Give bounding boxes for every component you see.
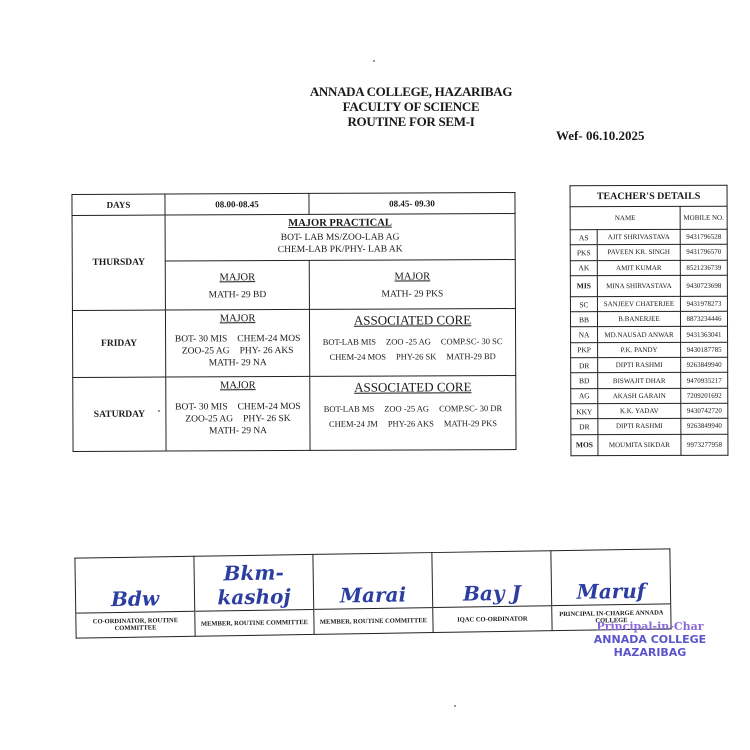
slot-title: MAJOR bbox=[166, 380, 309, 392]
teacher-code: MIS bbox=[570, 276, 597, 297]
thursday-slot-1: MAJOR MATH- 29 BD bbox=[165, 260, 309, 310]
principal-stamp: Principal-in-Char ANNADA COLLEGE HAZARIB… bbox=[590, 620, 710, 659]
teacher-name: AKASH GARAIN bbox=[598, 388, 681, 404]
thursday-row: THURSDAY MAJOR PRACTICAL BOT- LAB MS/ZOO… bbox=[72, 214, 515, 262]
faculty-name: FACULTY OF SCIENCE bbox=[0, 99, 750, 114]
class-entry: BOT- 30 MIS bbox=[175, 402, 227, 412]
friday-row: FRIDAY MAJOR BOT- 30 MISCHEM-24 MOS ZOO-… bbox=[72, 309, 515, 378]
slot-title: ASSOCIATED CORE bbox=[310, 379, 515, 396]
effective-date: Wef- 06.10.2025 bbox=[556, 128, 644, 144]
stamp-line: ANNADA COLLEGE bbox=[590, 633, 710, 646]
teacher-name: B.BANERJEE bbox=[597, 312, 680, 328]
col-slot-1: 08.00-08.45 bbox=[165, 193, 309, 215]
day-friday: FRIDAY bbox=[72, 310, 165, 377]
friday-slot-2: ASSOCIATED CORE BOT-LAB MISZOO -25 AGCOM… bbox=[310, 309, 516, 377]
teacher-code: DR bbox=[571, 419, 598, 434]
teacher-row: SCSANJEEV CHATERJEE9431978273 bbox=[570, 296, 727, 312]
teacher-row: BBB.BANERJEE8873234446 bbox=[570, 311, 727, 327]
friday-slot-1: MAJOR BOT- 30 MISCHEM-24 MOS ZOO-25 AGPH… bbox=[165, 309, 309, 377]
class-entry: MATH- 29 NA bbox=[209, 358, 267, 368]
teacher-name: AJIT SHRIVASTAVA bbox=[597, 229, 680, 245]
teacher-code: BB bbox=[570, 312, 597, 327]
slot-title: MAJOR bbox=[310, 271, 515, 283]
teacher-name: DIPTI RASHMI bbox=[598, 419, 681, 435]
teacher-code: AS bbox=[570, 230, 597, 245]
signature-row: Bdw Bkm-kashoj Marai Bay J Maruf bbox=[75, 549, 671, 613]
signature-member-2: Marai bbox=[313, 553, 433, 610]
teacher-row: AGAKASH GARAIN7209201692 bbox=[571, 388, 728, 404]
teacher-code: BD bbox=[571, 373, 598, 388]
routine-table: DAYS 08.00-08.45 08.45- 09.30 THURSDAY M… bbox=[71, 192, 516, 452]
teacher-mobile: 8873234446 bbox=[680, 311, 727, 326]
major-practical-title: MAJOR PRACTICAL bbox=[166, 217, 515, 230]
class-entry: ZOO -25 AG bbox=[386, 336, 431, 346]
name-column-header: NAME bbox=[570, 206, 680, 229]
teacher-mobile: 9973277958 bbox=[681, 434, 728, 455]
teacher-name: K.K. YADAV bbox=[598, 403, 681, 419]
teacher-name: DIPTI RASHMI bbox=[598, 357, 681, 373]
class-entry: COMP.SC- 30 DR bbox=[439, 403, 502, 413]
teacher-row: PKSPAVEEN KR. SINGH9431796570 bbox=[570, 245, 727, 261]
class-entry: CHEM-24 JM bbox=[329, 419, 378, 429]
teacher-mobile: 9263849940 bbox=[681, 418, 728, 433]
class-entry: PHY-26 AKS bbox=[388, 418, 434, 428]
scan-speck bbox=[454, 705, 456, 707]
slot-line: MATH- 29 BD bbox=[166, 289, 309, 302]
teacher-row: KKYK.K. YADAV9430742720 bbox=[571, 403, 728, 419]
teacher-rows: ASAJIT SHRIVASTAVA9431796528PKSPAVEEN KR… bbox=[570, 229, 728, 455]
teacher-code: PKP bbox=[571, 342, 598, 357]
teacher-table-title: TEACHER'S DETAILS bbox=[570, 185, 727, 207]
class-entry: BOT- 30 MIS bbox=[175, 334, 227, 344]
class-entry: ZOO-25 AG bbox=[185, 414, 233, 424]
teacher-code: DR bbox=[571, 358, 598, 373]
teacher-mobile: 7209201692 bbox=[681, 388, 728, 403]
teacher-name: AMIT KUMAR bbox=[597, 260, 680, 276]
signature-coordinator: Bdw bbox=[75, 556, 195, 613]
teacher-mobile: 9431978273 bbox=[680, 296, 727, 311]
label-member-1: MEMBER, ROUTINE COMMITTEE bbox=[195, 609, 314, 636]
thursday-slot-2: MAJOR MATH- 29 PKS bbox=[309, 260, 515, 310]
day-saturday: SATURDAY bbox=[73, 377, 166, 451]
major-practical-cell: MAJOR PRACTICAL BOT- LAB MS/ZOO-LAB AG C… bbox=[165, 214, 515, 262]
teacher-row: DRDIPTI RASHMI9263849940 bbox=[571, 418, 728, 434]
signature-strip: Bdw Bkm-kashoj Marai Bay J Maruf CO-ORDI… bbox=[74, 548, 671, 638]
label-member-2: MEMBER, ROUTINE COMMITTEE bbox=[314, 608, 433, 635]
slot-title: MAJOR bbox=[166, 272, 309, 284]
teacher-mobile: 9431796570 bbox=[680, 245, 727, 260]
teacher-code: AG bbox=[571, 388, 598, 403]
teacher-name: PAVEEN KR. SINGH bbox=[597, 245, 680, 261]
col-slot-2: 08.45- 09.30 bbox=[309, 193, 515, 215]
class-entry: PHY- 26 AKS bbox=[240, 346, 294, 356]
class-entry: CHEM-24 MOS bbox=[330, 352, 386, 362]
document-header: ANNADA COLLEGE, HAZARIBAG FACULTY OF SCI… bbox=[0, 84, 750, 129]
signature-scribble: Bdw bbox=[111, 586, 159, 611]
teacher-code: KKY bbox=[571, 404, 598, 419]
class-entry: ZOO-25 AG bbox=[182, 346, 230, 356]
saturday-row: SATURDAY MAJOR BOT- 30 MISCHEM-24 MOS ZO… bbox=[73, 376, 516, 452]
teacher-name: MINA SHIRVASTAVA bbox=[597, 275, 680, 296]
teacher-mobile: 9470935217 bbox=[681, 373, 728, 388]
signature-scribble: Bkm-kashoj bbox=[217, 560, 291, 609]
teacher-name: MD.NAUSAD ANWAR bbox=[598, 327, 681, 343]
college-name: ANNADA COLLEGE, HAZARIBAG bbox=[0, 84, 750, 99]
teacher-mobile: 9263849940 bbox=[681, 357, 728, 372]
saturday-slot-2: ASSOCIATED CORE BOT-LAB MSZOO -25 AGCOMP… bbox=[310, 376, 516, 451]
class-entry: BOT-LAB MS bbox=[324, 404, 375, 414]
teacher-row: NAMD.NAUSAD ANWAR9431363041 bbox=[571, 327, 728, 343]
saturday-slot-1: MAJOR BOT- 30 MISCHEM-24 MOS ZOO-25 AGPH… bbox=[166, 376, 310, 451]
teacher-row: DRDIPTI RASHMI9263849940 bbox=[571, 357, 728, 373]
label-coordinator: CO-ORDINATOR, ROUTINE COMMITTEE bbox=[76, 611, 195, 638]
teacher-name: SANJEEV CHATERJEE bbox=[597, 296, 680, 312]
teacher-code: SC bbox=[570, 297, 597, 312]
scan-speck bbox=[373, 60, 375, 62]
class-entry: CHEM-24 MOS bbox=[237, 334, 300, 344]
teacher-row: MISMINA SHIRVASTAVA9430723698 bbox=[570, 275, 727, 297]
class-entry: MATH-29 PKS bbox=[444, 418, 497, 428]
teacher-row: BDBISWAJIT DHAR9470935217 bbox=[571, 373, 728, 389]
slot-title: ASSOCIATED CORE bbox=[310, 312, 515, 329]
teacher-name: P.K. PANDY bbox=[598, 342, 681, 358]
scan-speck bbox=[158, 410, 160, 412]
signature-principal: Maruf bbox=[551, 549, 671, 606]
slot-title: MAJOR bbox=[166, 313, 309, 325]
class-entry: ZOO -25 AG bbox=[384, 403, 429, 413]
teacher-row: AKAMIT KUMAR8521236739 bbox=[570, 260, 727, 276]
routine-header-row: DAYS 08.00-08.45 08.45- 09.30 bbox=[72, 193, 515, 216]
slot-line: MATH- 29 PKS bbox=[310, 288, 515, 301]
teacher-code: NA bbox=[571, 327, 598, 342]
teacher-row: ASAJIT SHRIVASTAVA9431796528 bbox=[570, 229, 727, 245]
teacher-details-table: TEACHER'S DETAILS NAME MOBILE NO. ASAJIT… bbox=[570, 185, 729, 456]
signature-member-1: Bkm-kashoj bbox=[194, 554, 314, 611]
teacher-mobile: 9431796528 bbox=[680, 229, 727, 244]
mobile-column-header: MOBILE NO. bbox=[680, 206, 727, 229]
class-entry: COMP.SC- 30 SC bbox=[441, 336, 503, 346]
class-entry: MATH-29 BD bbox=[446, 351, 495, 361]
class-entry: PHY- 26 SK bbox=[243, 414, 291, 424]
teacher-code: PKS bbox=[570, 245, 597, 260]
teacher-name: MOUMITA SIKDAR bbox=[598, 434, 681, 455]
class-entry: MATH- 29 NA bbox=[209, 426, 267, 436]
teacher-name: BISWAJIT DHAR bbox=[598, 373, 681, 389]
stamp-line: Principal-in-Char bbox=[590, 620, 710, 633]
class-entry: BOT-LAB MIS bbox=[323, 337, 376, 347]
teacher-code: MOS bbox=[571, 434, 598, 455]
signature-iqac: Bay J bbox=[432, 551, 552, 608]
teacher-code: AK bbox=[570, 260, 597, 275]
teacher-mobile: 9430742720 bbox=[681, 403, 728, 418]
signature-scribble: Bay J bbox=[463, 581, 521, 606]
teacher-mobile: 9431363041 bbox=[681, 327, 728, 342]
stamp-line: HAZARIBAG bbox=[590, 646, 710, 659]
day-thursday: THURSDAY bbox=[72, 215, 165, 310]
class-entry: PHY-26 SK bbox=[396, 351, 436, 361]
col-days: DAYS bbox=[72, 194, 165, 215]
routine-title: ROUTINE FOR SEM-I bbox=[0, 114, 750, 129]
signature-scribble: Marai bbox=[340, 582, 407, 607]
signature-scribble: Maruf bbox=[576, 579, 645, 604]
teacher-mobile: 9430723698 bbox=[680, 275, 727, 296]
practical-line: CHEM-LAB PK/PHY- LAB AK bbox=[166, 243, 515, 257]
class-entry: CHEM-24 MOS bbox=[238, 402, 301, 412]
teacher-mobile: 8521236739 bbox=[680, 260, 727, 275]
teacher-row: PKPP.K. PANDY9430187785 bbox=[571, 342, 728, 358]
teacher-row: MOSMOUMITA SIKDAR9973277958 bbox=[571, 434, 728, 456]
label-iqac: IQAC CO-ORDINATOR bbox=[433, 606, 552, 633]
teacher-mobile: 9430187785 bbox=[681, 342, 728, 357]
